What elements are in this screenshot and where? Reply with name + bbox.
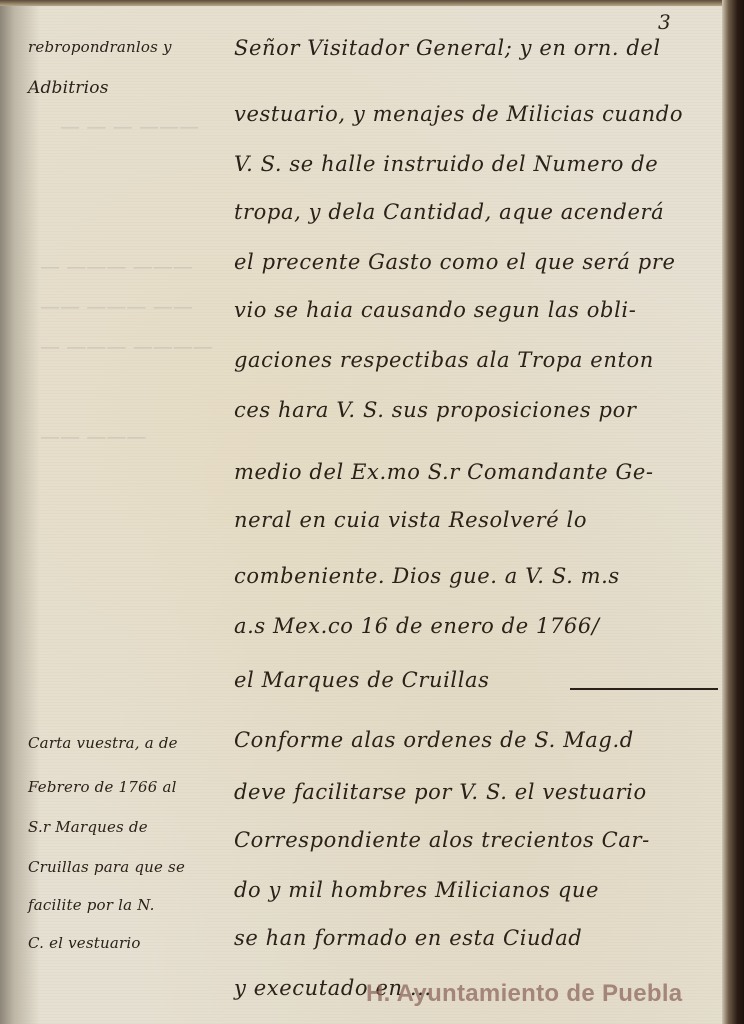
body-line-15: deve facilitarse por V. S. el vestuario <box>234 780 647 804</box>
margin-note-bottom-line-1: Carta vuestra, a de <box>28 734 178 752</box>
bleed-through-text: — ——— ——— <box>40 254 193 278</box>
body-line-12: a.s Mex.co 16 de enero de 1766/ <box>234 614 600 638</box>
margin-note-bottom-line-5: facilite por la N. <box>28 896 155 914</box>
margin-note-bottom-line-4: Cruillas para que se <box>28 858 185 876</box>
body-line-5: el precente Gasto como el que será pre <box>234 250 676 274</box>
body-line-6: vio se haia causando segun las obli- <box>234 298 636 322</box>
body-line-4: tropa, y dela Cantidad, aque acenderá <box>234 200 664 224</box>
margin-note-bottom-line-6: C. el vestuario <box>28 934 141 952</box>
body-line-18: se han formado en esta Ciudad <box>234 926 582 950</box>
body-line-8: ces hara V. S. sus proposiciones por <box>234 398 636 422</box>
bleed-through-text: — ——— ———— <box>40 334 213 358</box>
page-top-edge <box>0 0 744 6</box>
body-line-17: do y mil hombres Milicianos que <box>234 878 599 902</box>
body-line-11: combeniente. Dios gue. a V. S. m.s <box>234 564 620 588</box>
book-binding-right-edge <box>722 0 744 1024</box>
manuscript-page: — — — ——— — ——— ——— —— ——— —— — ——— ————… <box>0 4 722 1024</box>
body-line-2: vestuario, y menajes de Milicias cuando <box>234 102 683 126</box>
margin-note-bottom-line-2: Febrero de 1766 al <box>28 778 177 796</box>
signature-line: el Marques de Cruillas <box>234 668 490 692</box>
body-line-16: Correspondiente alos trecientos Car- <box>234 828 650 852</box>
body-line-14: Conforme alas ordenes de S. Mag.d <box>234 728 634 752</box>
signature-rule <box>570 688 718 690</box>
body-line-3: V. S. se halle instruido del Numero de <box>234 152 658 176</box>
body-line-7: gaciones respectibas ala Tropa enton <box>234 348 654 372</box>
archive-watermark: H. Ayuntamiento de Puebla <box>366 980 682 1008</box>
bleed-through-text: —— ——— —— <box>40 294 193 318</box>
margin-note-bottom-line-3: S.r Marques de <box>28 818 148 836</box>
bleed-through-text: — — — ——— <box>60 114 199 138</box>
body-line-10: neral en cuia vista Resolveré lo <box>234 508 587 532</box>
margin-note-top-line-2: Adbitrios <box>28 78 109 98</box>
body-line-1: Señor Visitador General; y en orn. del <box>234 36 661 60</box>
bleed-through-text: —— ——— <box>40 424 146 448</box>
page-number: 3 <box>658 10 671 34</box>
body-line-9: medio del Ex.mo S.r Comandante Ge- <box>234 460 654 484</box>
margin-note-top-line-1: rebropondranlos y <box>28 38 172 56</box>
